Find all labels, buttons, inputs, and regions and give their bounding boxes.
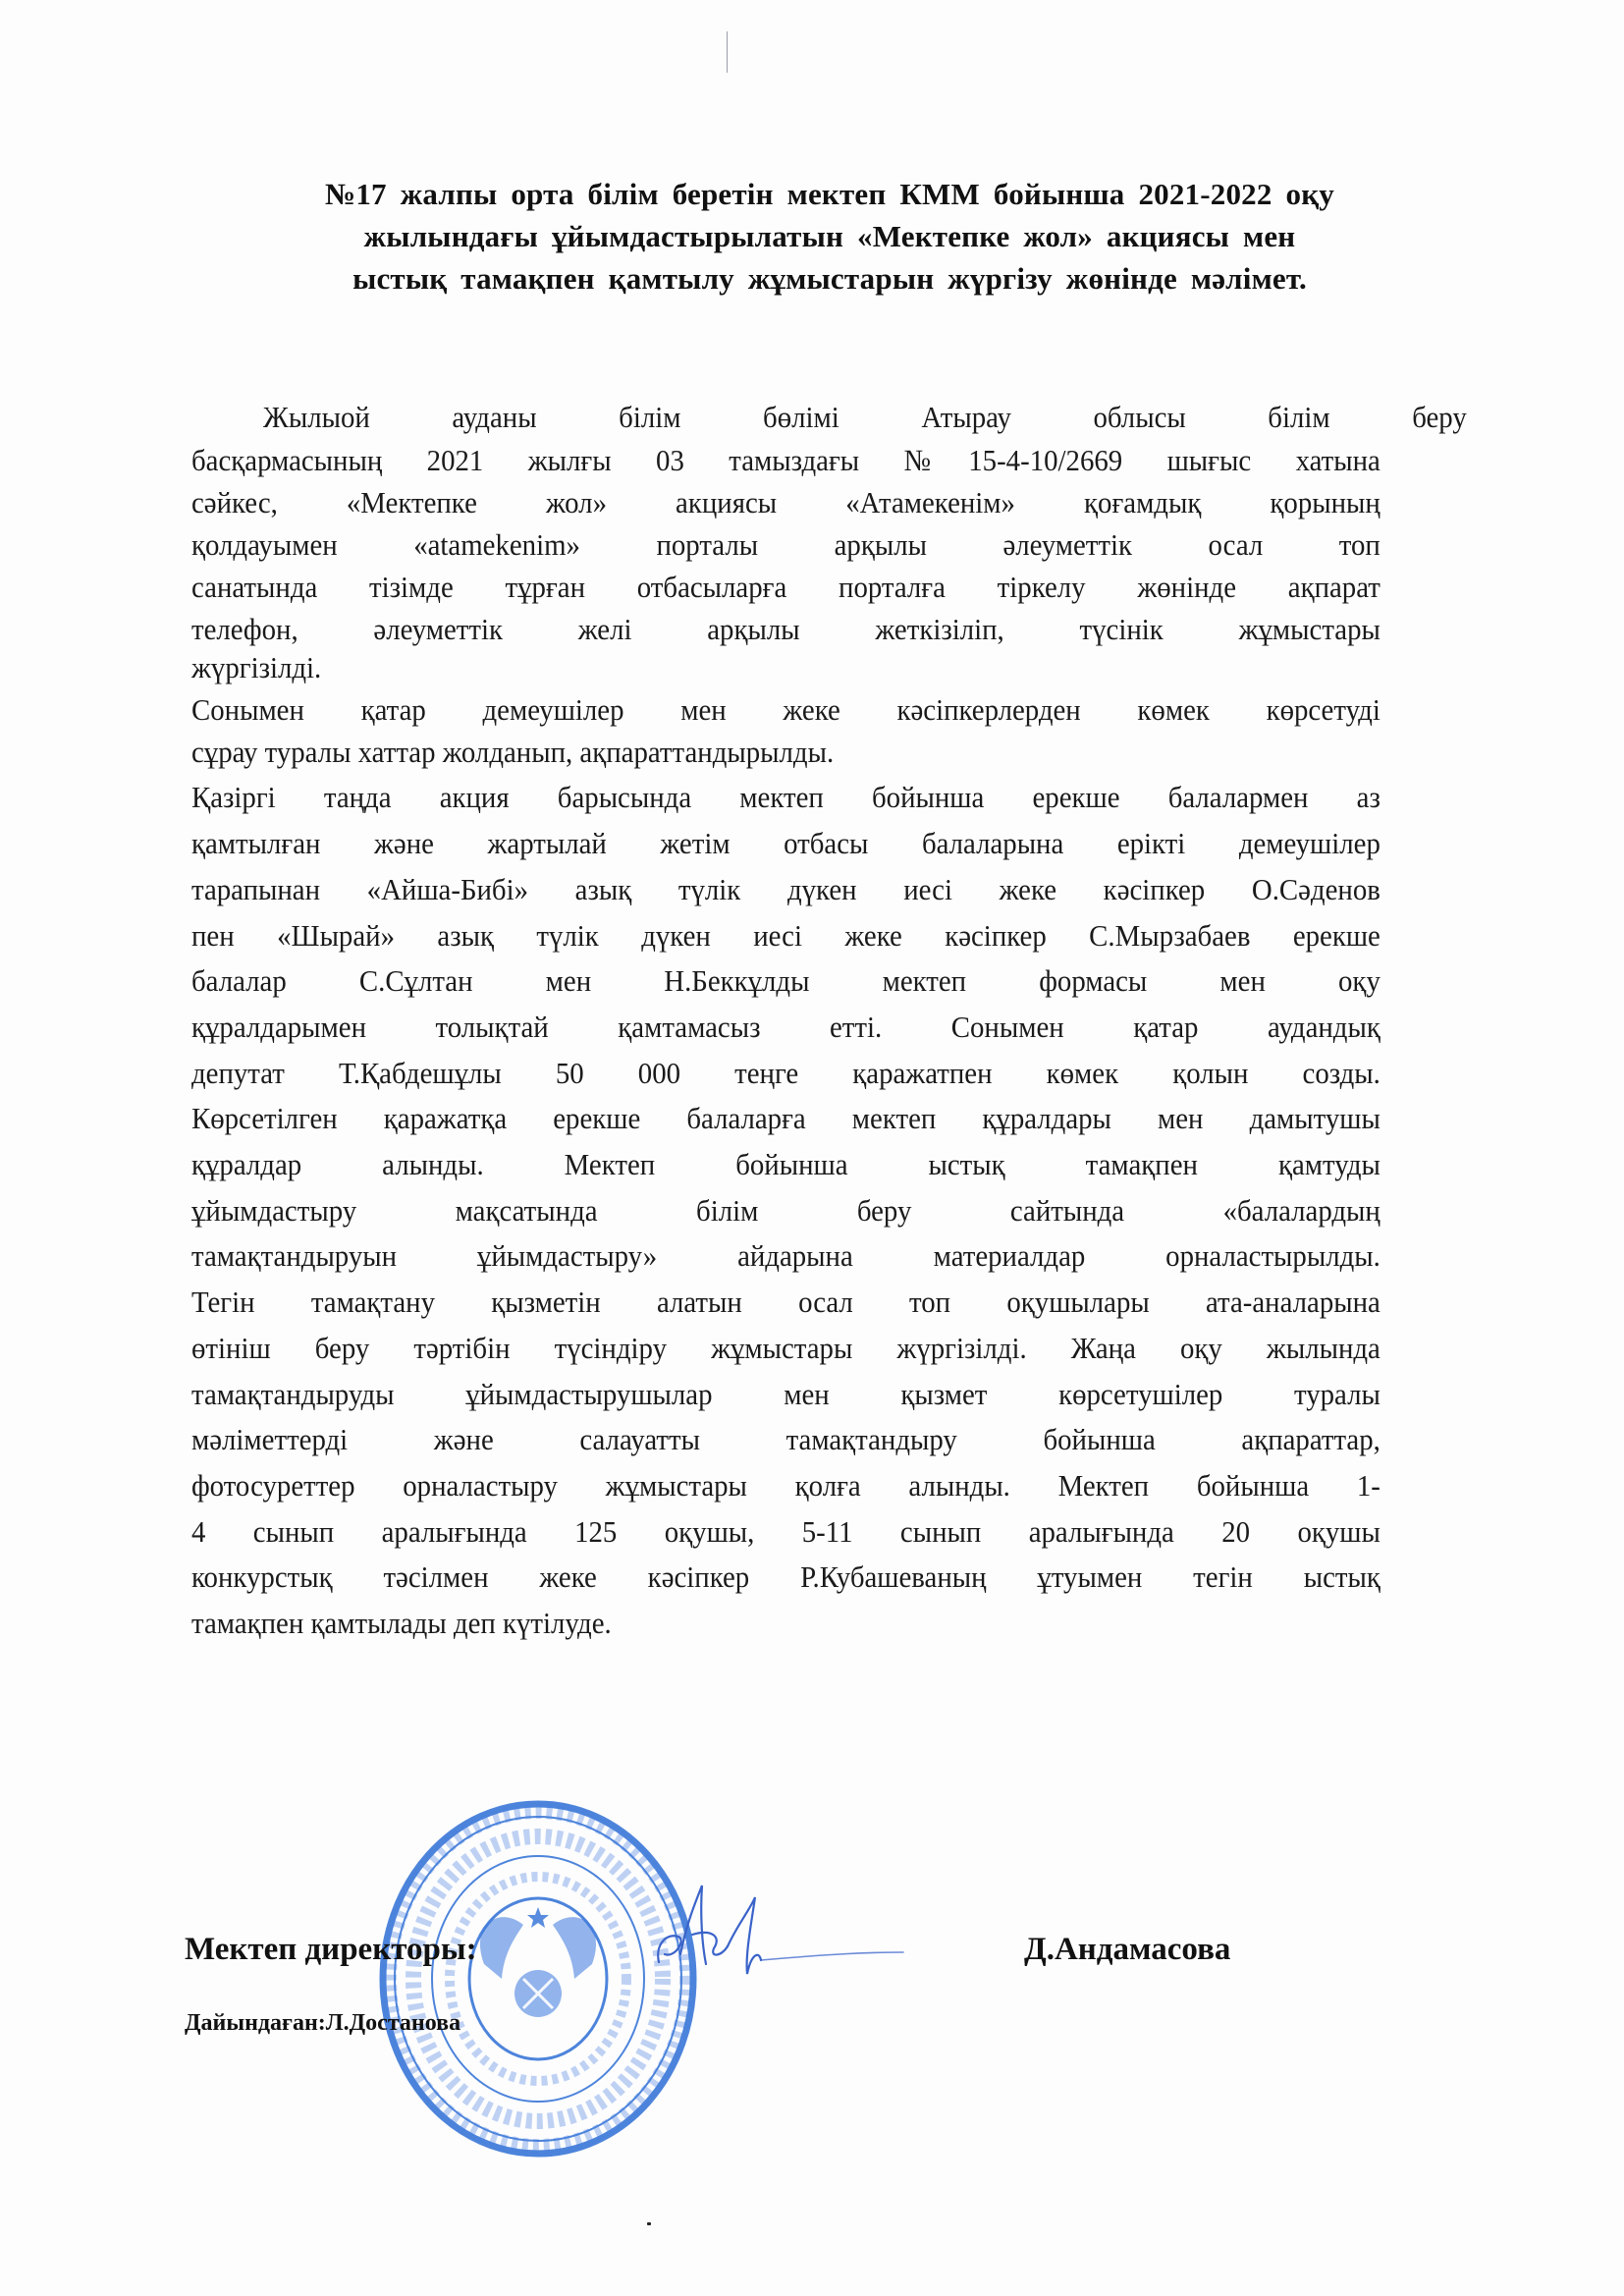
body-line: мәліметтерді және салауатты тамақтандыру… bbox=[191, 1420, 1380, 1459]
body-line: ұйымдастыру мақсатында білім беру сайтын… bbox=[191, 1191, 1380, 1230]
body-line: 4 сынып аралығында 125 оқушы, 5-11 сынып… bbox=[191, 1512, 1380, 1552]
body-line: Қазіргі таңда акция барысында мектеп бой… bbox=[191, 778, 1380, 817]
body-line: тамақтандыруын ұйымдастыру» айдарына мат… bbox=[191, 1236, 1380, 1276]
official-stamp-icon bbox=[376, 1797, 700, 2160]
director-label: Мектеп директоры: bbox=[185, 1932, 477, 1968]
body-line: қамтылған және жартылай жетім отбасы бал… bbox=[191, 824, 1380, 863]
body-line: Сонымен қатар демеушілер мен жеке кәсіпк… bbox=[191, 690, 1380, 730]
body-line: қолдауымен «atamekenim» порталы арқылы ә… bbox=[191, 525, 1380, 565]
body-line: құралдар алынды. Мектеп бойынша ыстық та… bbox=[191, 1145, 1380, 1184]
scan-artifact-line bbox=[727, 31, 728, 73]
body-line: санатында тізімде тұрған отбасыларға пор… bbox=[191, 568, 1380, 607]
body-line: Тегін тамақтану қызметін алатын осал топ… bbox=[191, 1283, 1380, 1322]
body-line: телефон, әлеуметтік желі арқылы жеткізіл… bbox=[191, 610, 1380, 649]
document-page: №17 жалпы орта білім беретін мектеп КММ … bbox=[0, 0, 1624, 2296]
body-line: Жылыой ауданы білім бөлімі Атырау облысы… bbox=[263, 398, 1467, 437]
body-line: тамақтандыруды ұйымдастырушылар мен қызм… bbox=[191, 1375, 1380, 1414]
body-line: Көрсетілген қаражатқа ерекше балаларға м… bbox=[191, 1099, 1380, 1138]
signature-icon bbox=[653, 1876, 908, 1984]
body-line: пен «Шырай» азық түлік дүкен иесі жеке к… bbox=[191, 916, 1380, 956]
body-line: фотосуреттер орналастыру жұмыстары қолға… bbox=[191, 1466, 1380, 1505]
body-line: сұрау туралы хаттар жолданып, ақпараттан… bbox=[191, 733, 1380, 772]
prepared-by: Дайындаған:Л.Достанова bbox=[185, 2010, 460, 2037]
body-line: депутат Т.Қабдешұлы 50 000 теңге қаражат… bbox=[191, 1054, 1380, 1093]
body-line: басқармасының 2021 жылғы 03 тамыздағы №1… bbox=[191, 441, 1380, 480]
document-title-line-3: ыстық тамақпен қамтылу жұмыстарын жүргіз… bbox=[187, 259, 1473, 299]
body-line: сәйкес, «Мектепке жол» акциясы «Атамекен… bbox=[191, 483, 1380, 522]
body-line: тамақпен қамтылады деп күтілуде. bbox=[191, 1604, 1380, 1643]
body-line: балалар С.Сұлтан мен Н.Беккұлды мектеп ф… bbox=[191, 961, 1380, 1001]
body-line: тарапынан «Айша-Бибі» азық түлік дүкен и… bbox=[191, 870, 1380, 909]
document-title-line-2: жылындағы ұйымдастырылатын «Мектепке жол… bbox=[187, 217, 1473, 256]
director-name: Д.Андамасова bbox=[1024, 1932, 1230, 1968]
scan-artifact-dot bbox=[647, 2222, 651, 2225]
document-title-line-1: №17 жалпы орта білім беретін мектеп КММ … bbox=[187, 175, 1473, 214]
body-line: жүргізілді. bbox=[191, 648, 1380, 687]
body-line: өтініш беру тәртібін түсіндіру жұмыстары… bbox=[191, 1329, 1380, 1368]
body-line: құралдарымен толықтай қамтамасыз етті. С… bbox=[191, 1008, 1380, 1047]
body-line: конкурстық тәсілмен жеке кәсіпкер Р.Куба… bbox=[191, 1558, 1380, 1597]
